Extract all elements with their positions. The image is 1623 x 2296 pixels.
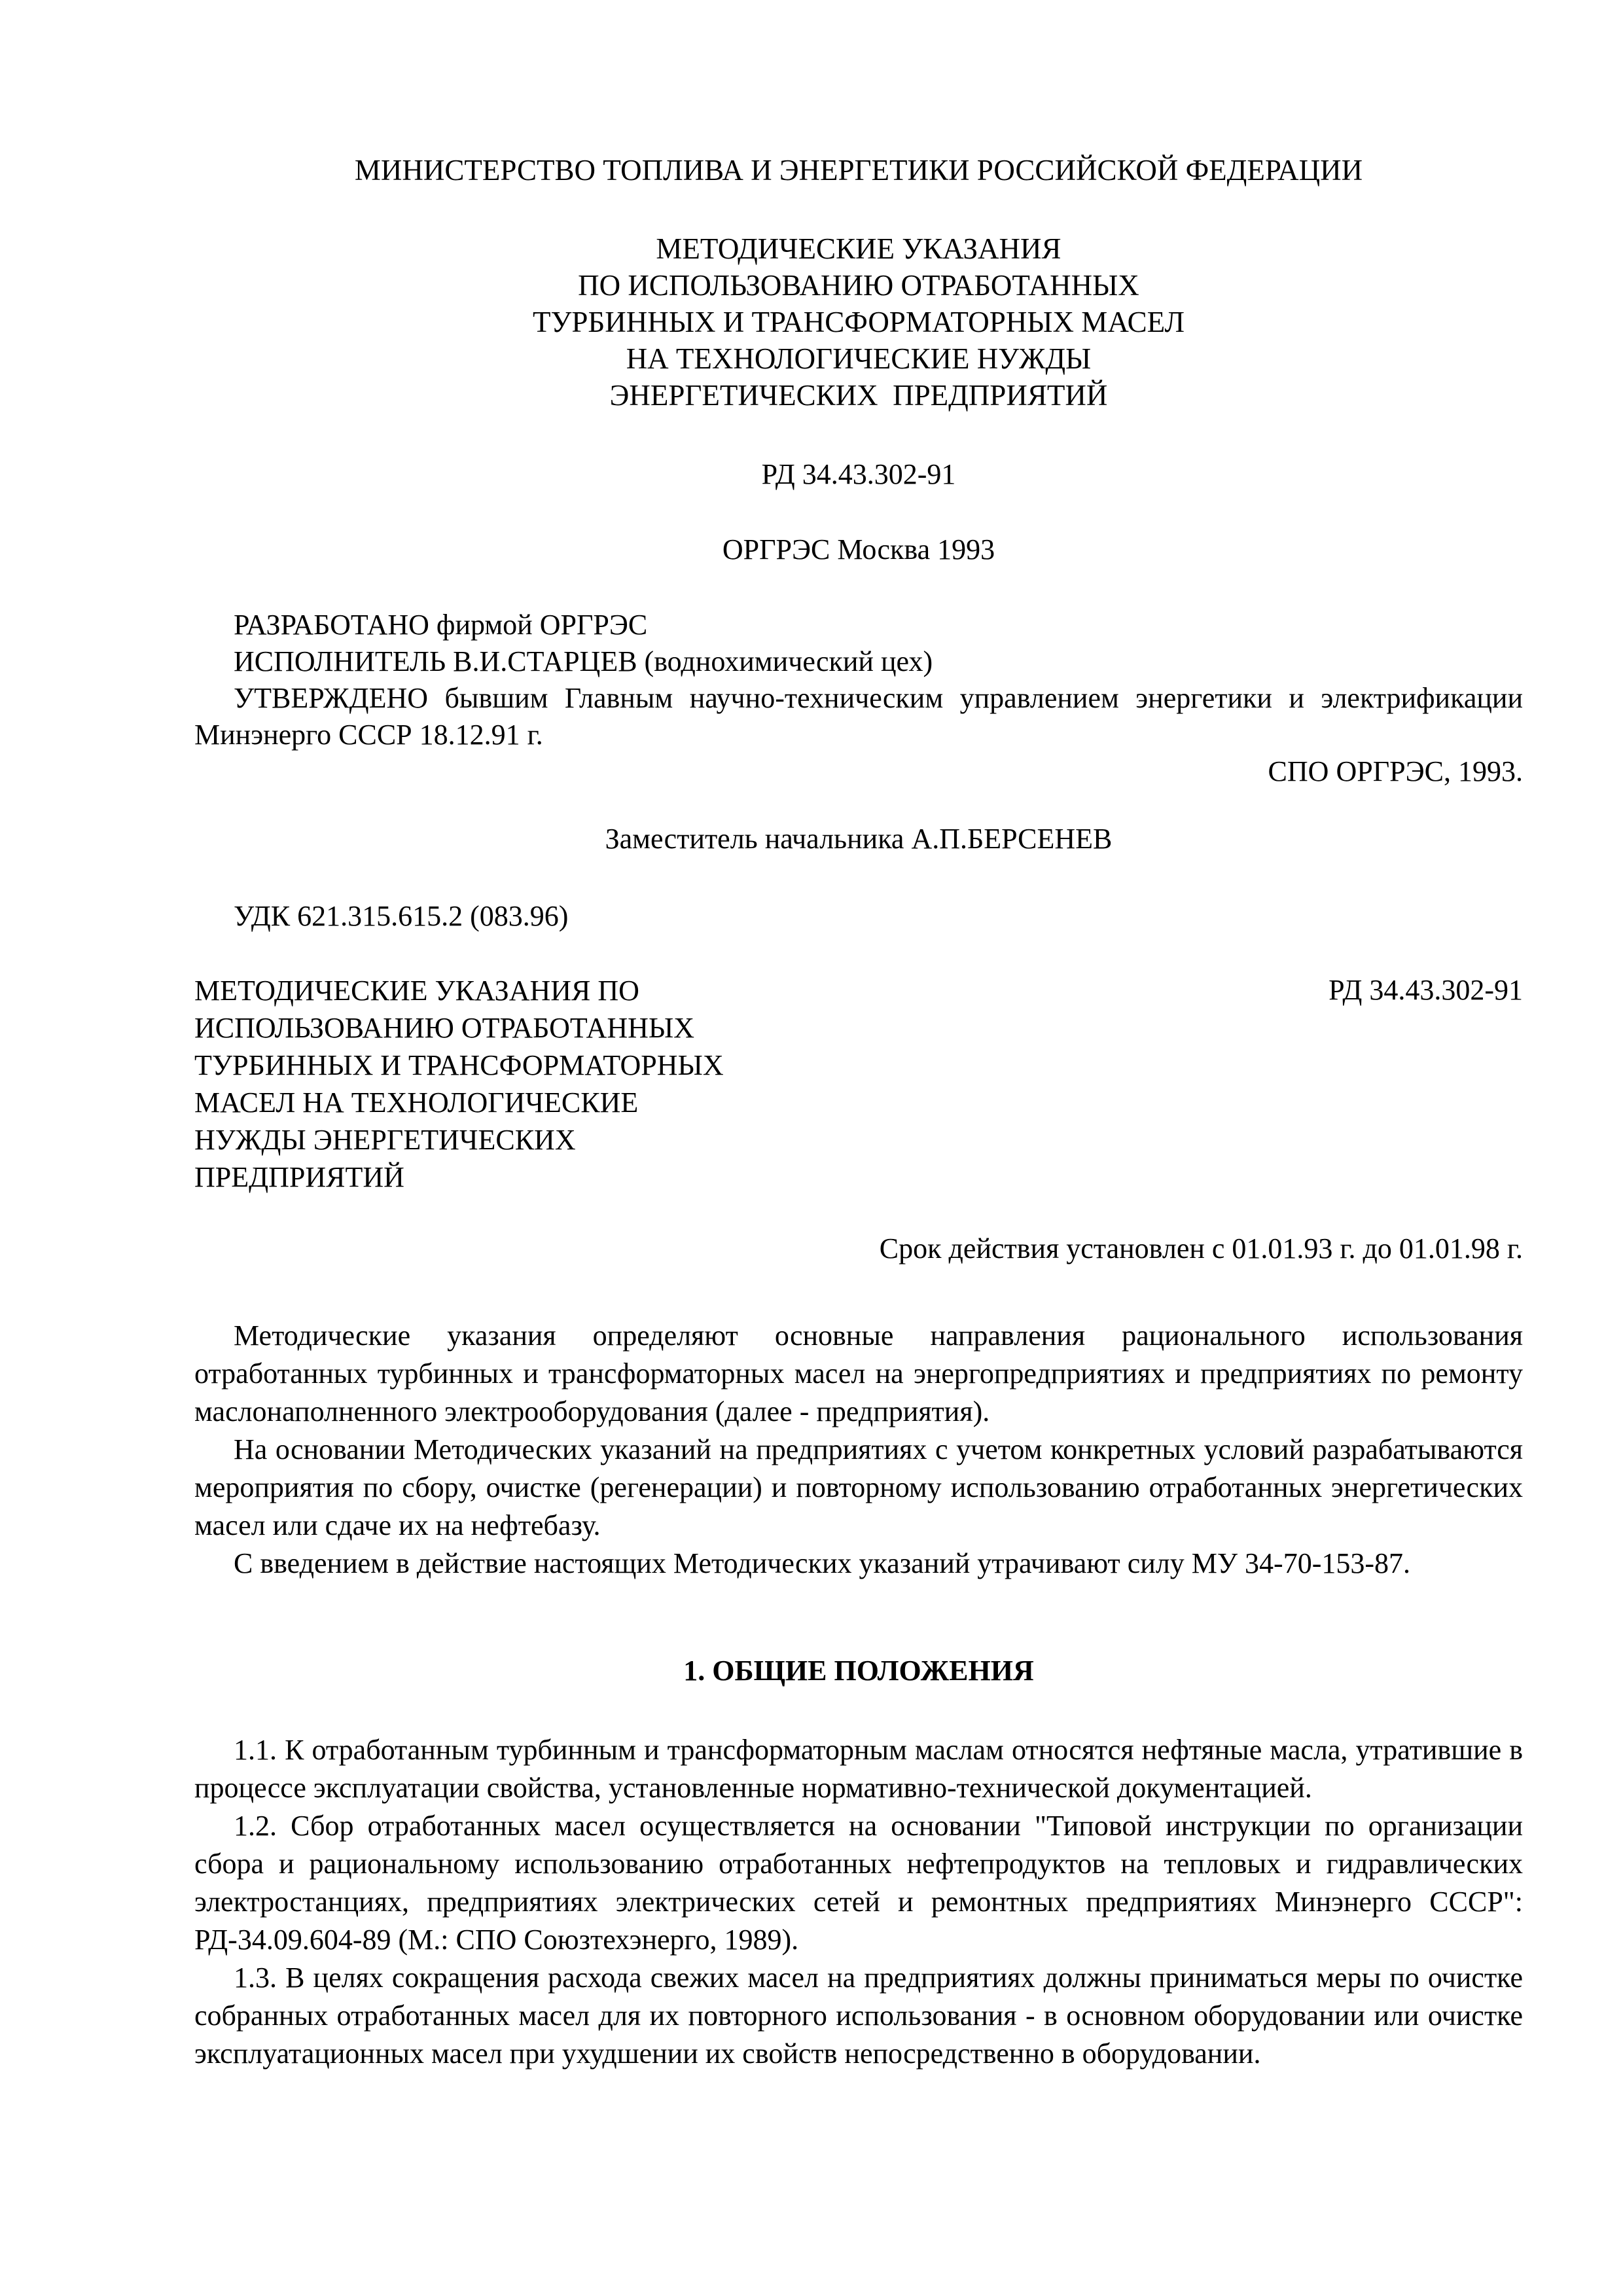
title-line: ТУРБИННЫХ И ТРАНСФОРМАТОРНЫХ МАСЕЛ — [194, 304, 1523, 340]
executor: ИСПОЛНИТЕЛЬ В.И.СТАРЦЕВ (воднохимический… — [194, 643, 1523, 680]
title-line: ЭНЕРГЕТИЧЕСКИХ ПРЕДПРИЯТИЙ — [194, 377, 1523, 414]
intro-section: Методические указания определяют основны… — [194, 1317, 1523, 1583]
title-block-line: ТУРБИННЫХ И ТРАНСФОРМАТОРНЫХ — [194, 1047, 914, 1084]
section-body: 1.1. К отработанным турбинным и трансфор… — [194, 1731, 1523, 2073]
developed-by: РАЗРАБОТАНО фирмой ОРГРЭС — [194, 607, 1523, 643]
udk-code: УДК 621.315.615.2 (083.96) — [194, 898, 1523, 935]
title-block-line: НУЖДЫ ЭНЕРГЕТИЧЕСКИХ — [194, 1121, 914, 1158]
title-block-line: МЕТОДИЧЕСКИЕ УКАЗАНИЯ ПО — [194, 972, 914, 1009]
validity-period: Срок действия установлен с 01.01.93 г. д… — [194, 1230, 1523, 1267]
title-block-lines: МЕТОДИЧЕСКИЕ УКАЗАНИЯ ПО ИСПОЛЬЗОВАНИЮ О… — [194, 972, 914, 1196]
deputy-line: Заместитель начальника А.П.БЕРСЕНЕВ — [194, 821, 1523, 857]
title-block-line: ПРЕДПРИЯТИЙ — [194, 1158, 914, 1196]
intro-paragraph: С введением в действие настоящих Методич… — [194, 1545, 1523, 1583]
section-heading: 1. ОБЩИЕ ПОЛОЖЕНИЯ — [194, 1653, 1523, 1689]
section-paragraph: 1.2. Сбор отработанных масел осуществляе… — [194, 1807, 1523, 1959]
intro-paragraph: На основании Методических указаний на пр… — [194, 1431, 1523, 1545]
credits-block: РАЗРАБОТАНО фирмой ОРГРЭС ИСПОЛНИТЕЛЬ В.… — [194, 607, 1523, 790]
ministry-heading: МИНИСТЕРСТВО ТОПЛИВА И ЭНЕРГЕТИКИ РОССИЙ… — [194, 152, 1523, 188]
section-paragraph: 1.1. К отработанным турбинным и трансфор… — [194, 1731, 1523, 1807]
title-block-rd-code: РД 34.43.302-91 — [1329, 972, 1523, 1009]
document-page: МИНИСТЕРСТВО ТОПЛИВА И ЭНЕРГЕТИКИ РОССИЙ… — [0, 0, 1623, 2296]
title-line: МЕТОДИЧЕСКИЕ УКАЗАНИЯ — [194, 230, 1523, 267]
rd-code: РД 34.43.302-91 — [194, 456, 1523, 493]
section-paragraph: 1.3. В целях сокращения расхода свежих м… — [194, 1959, 1523, 2073]
title-line: ПО ИСПОЛЬЗОВАНИЮ ОТРАБОТАННЫХ — [194, 267, 1523, 304]
title-block-line: МАСЕЛ НА ТЕХНОЛОГИЧЕСКИЕ — [194, 1084, 914, 1121]
title-block-line: ИСПОЛЬЗОВАНИЮ ОТРАБОТАННЫХ — [194, 1009, 914, 1047]
publisher-line: ОРГРЭС Москва 1993 — [194, 531, 1523, 568]
document-title: МЕТОДИЧЕСКИЕ УКАЗАНИЯ ПО ИСПОЛЬЗОВАНИЮ О… — [194, 230, 1523, 414]
intro-paragraph: Методические указания определяют основны… — [194, 1317, 1523, 1431]
copyright: СПО ОРГРЭС, 1993. — [194, 753, 1523, 790]
title-line: НА ТЕХНОЛОГИЧЕСКИЕ НУЖДЫ — [194, 340, 1523, 377]
approved-by: УТВЕРЖДЕНО бывшим Главным научно-техниче… — [194, 680, 1523, 753]
